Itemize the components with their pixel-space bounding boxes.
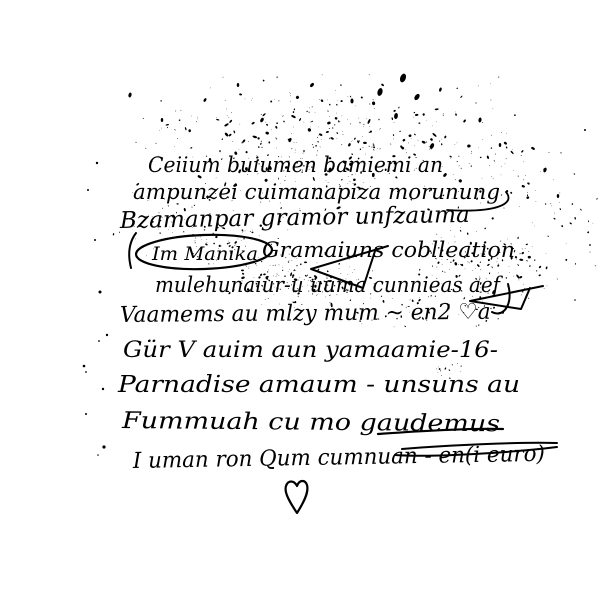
handwriting-line-4-rest: Gramaiuns coblleation xyxy=(262,238,515,262)
manuscript-page: Ceiium buiumen bamiemi an ampunzei cuima… xyxy=(0,0,612,612)
handwriting-line-8: Parnadise amaum - unsuns au xyxy=(117,372,520,398)
margin-pen-stroke xyxy=(129,233,136,268)
handwriting-line-4-circled-phrase: Im Manika xyxy=(151,243,258,265)
heart-drawing xyxy=(286,481,308,513)
handwriting-line-7: Gür V auim aun yamaamie-16- xyxy=(123,338,498,363)
handwriting-line-1: Ceiium buiumen bamiemi an xyxy=(148,153,443,177)
handwriting-line-3: Bzamanpar gramor unfzauma xyxy=(119,202,470,234)
handwriting-line-6: Vaamems au mlzy mum ~ en2 ♡a - xyxy=(120,300,505,328)
handwriting-line-10: I uman ron Qum cumnuan - en(i euro) xyxy=(132,442,545,474)
handwriting-line-2: ampunzei cuimanapiza morunung xyxy=(133,180,500,204)
manuscript-scan: Ceiium buiumen bamiemi an ampunzei cuima… xyxy=(0,0,612,612)
handwriting-line-9: Fummuah cu mo gaudemus xyxy=(121,408,501,437)
handwriting-lines: Ceiium buiumen bamiemi an ampunzei cuima… xyxy=(117,153,545,474)
